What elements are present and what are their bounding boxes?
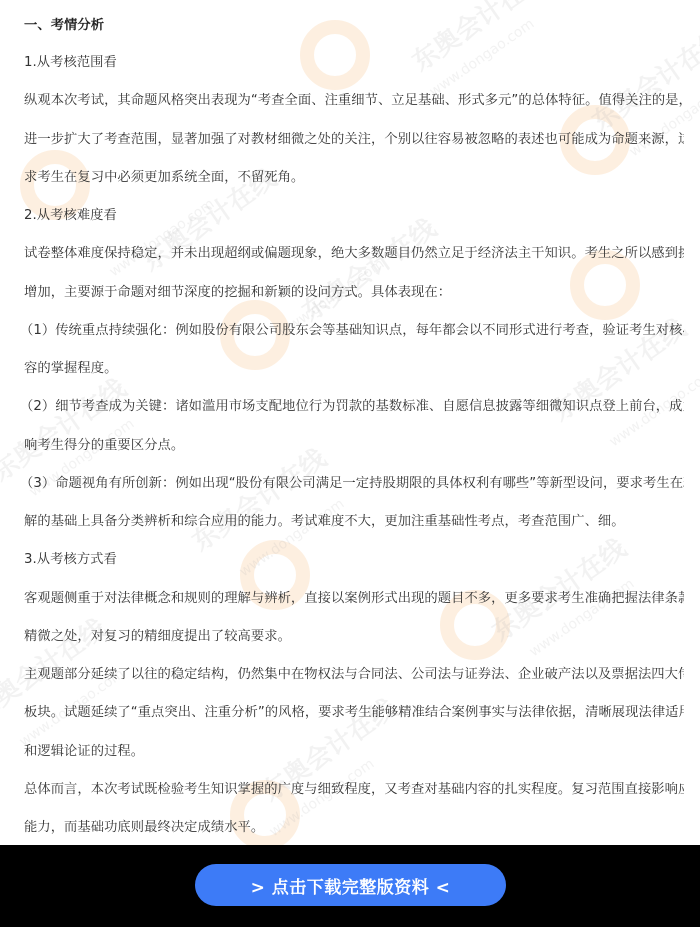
footer-bar: > 点击下载完整版资料 < (0, 845, 700, 927)
subheading-scope: 1.从考核范围看 (24, 53, 117, 73)
download-full-material-button[interactable]: > 点击下载完整版资料 < (195, 864, 506, 906)
subheading-method: 3.从考核方式看 (24, 550, 117, 570)
paragraph-line: 增加，主要源于命题对细节深度的挖掘和新颖的设问方式。具体表现在： (24, 283, 451, 303)
article-body: 一、考情分析 1.从考核范围看 纵观本次考试，其命题风格突出表现为“考查全面、注… (24, 0, 684, 845)
paragraph-line: 精微之处，对复习的精细度提出了较高要求。 (24, 627, 291, 647)
paragraph-line: 进一步扩大了考查范围，显著加强了对教材细微之处的关注，个别以往容易被忽略的表述也… (24, 130, 684, 150)
paragraph-line: 板块。试题延续了“重点突出、注重分析”的风格，要求考生能够精准结合案例事实与法律… (24, 703, 684, 723)
paragraph-line: 主观题部分延续了以往的稳定结构，仍然集中在物权法与合同法、公司法与证券法、企业破… (24, 665, 684, 685)
list-item-line: 解的基础上具备分类辨析和综合应用的能力。考试难度不大，更加注重基础性考点，考查范… (24, 512, 625, 532)
list-item-line: （3）命题视角有所创新：例如出现“股份有限公司满足一定持股期限的具体权利有哪些”… (24, 474, 684, 494)
paragraph-line: 和逻辑论证的过程。 (24, 742, 144, 762)
paragraph-line: 客观题侧重于对法律概念和规则的理解与辨析，直接以案例形式出现的题目不多，更多要求… (24, 589, 684, 609)
paragraph-line: 求考生在复习中必须更加系统全面，不留死角。 (24, 168, 304, 188)
paragraph-line: 纵观本次考试，其命题风格突出表现为“考查全面、注重细节、立足基础、形式多元”的总… (24, 91, 684, 111)
list-item-line: 容的掌握程度。 (24, 359, 117, 379)
subheading-difficulty: 2.从考核难度看 (24, 206, 117, 226)
paragraph-line: 试卷整体难度保持稳定，并未出现超纲或偏题现象，绝大多数题目仍然立足于经济法主干知… (24, 244, 684, 264)
paragraph-line: 总体而言，本次考试既检验考生知识掌握的广度与细致程度，又考查对基础内容的扎实程度… (24, 780, 684, 800)
list-item-line: 响考生得分的重要区分点。 (24, 436, 184, 456)
list-item-line: （1）传统重点持续强化：例如股份有限公司股东会等基础知识点，每年都会以不同形式进… (24, 321, 684, 341)
paragraph-line: 能力，而基础功底则最终决定成绩水平。 (24, 818, 264, 838)
section-heading: 一、考情分析 (24, 16, 104, 36)
list-item-line: （2）细节考查成为关键：诸如滥用市场支配地位行为罚款的基数标准、自愿信息披露等细… (24, 397, 684, 417)
